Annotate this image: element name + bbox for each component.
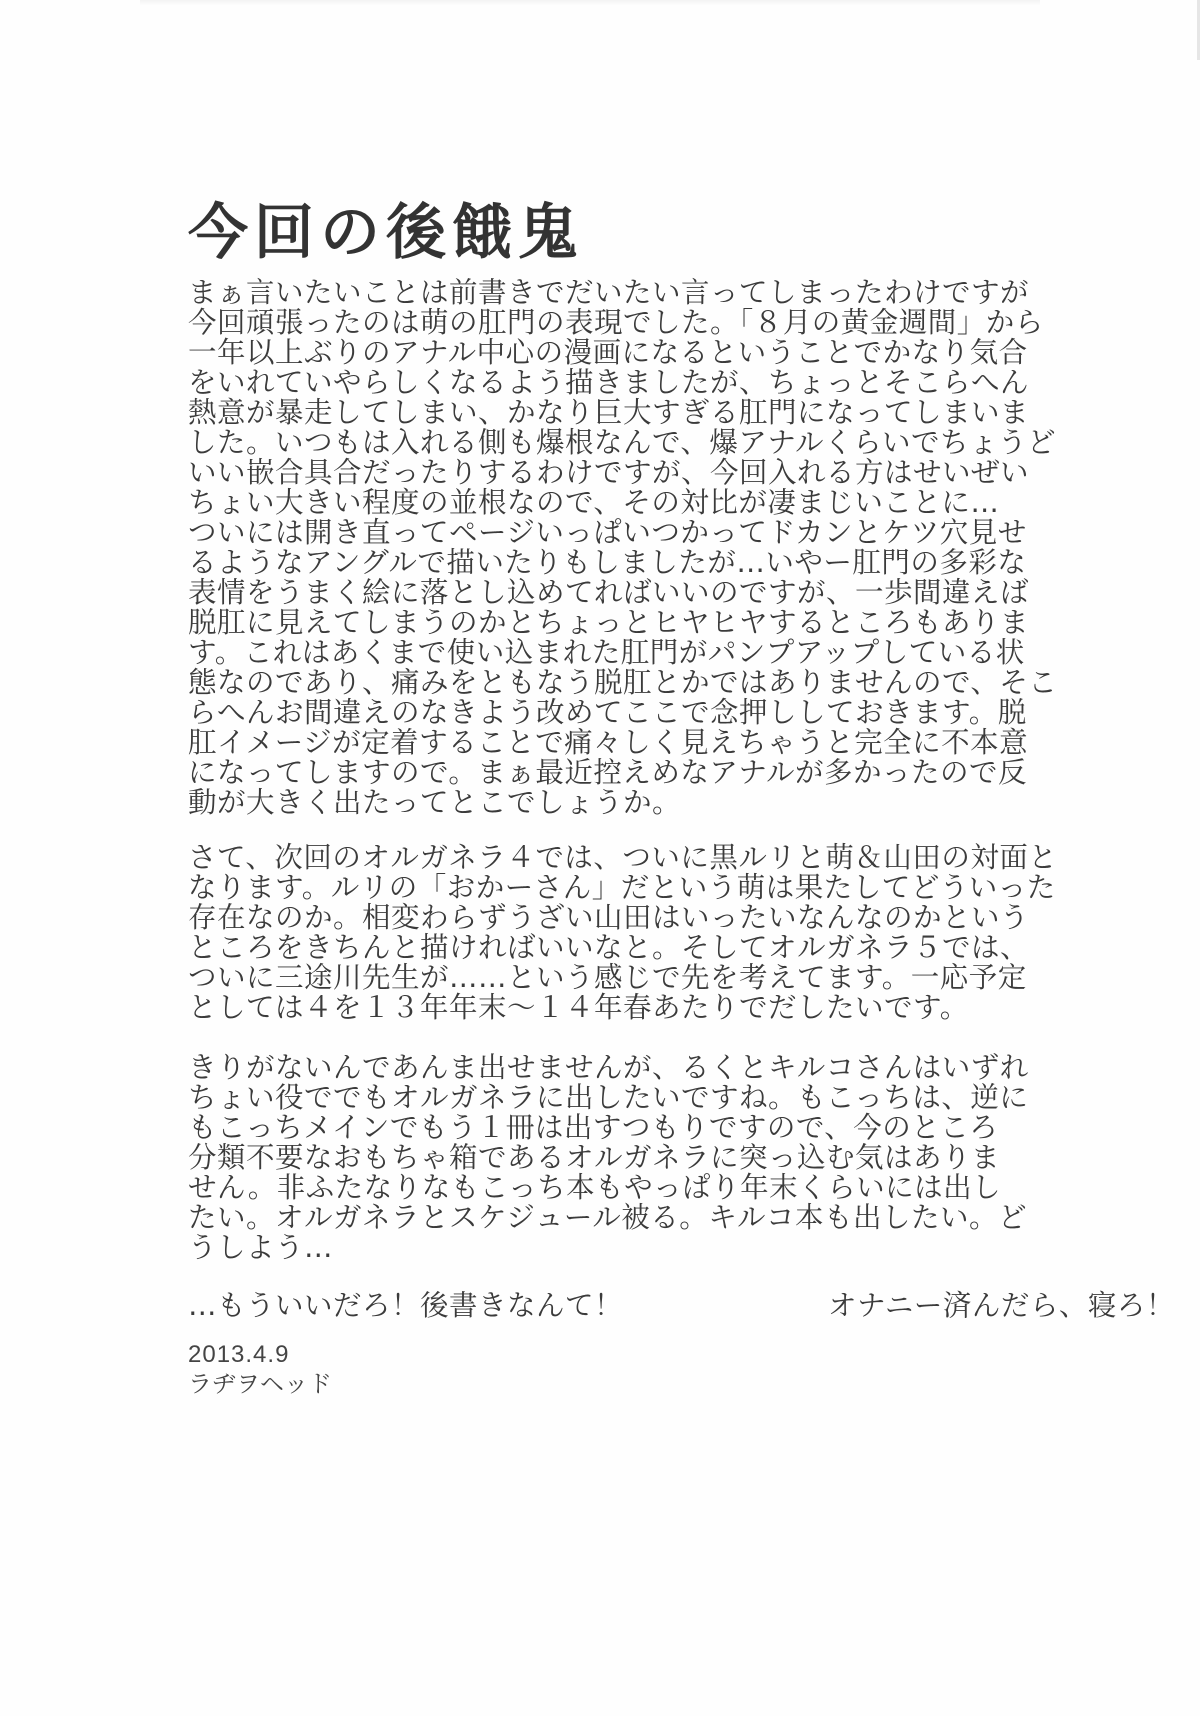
page-title: 今回の後餓鬼 [188, 198, 584, 268]
text-line: らへんお間違えのなきよう改めてここで念押ししておきます。脱 [188, 698, 1068, 728]
text-line: 動が大きく出たってとこでしょうか。 [188, 788, 1068, 818]
text-line: たい。オルガネラとスケジュール被る。キルコ本も出したい。ど [188, 1203, 1068, 1233]
text-line: いい嵌合具合だったりするわけですが、今回入れる方はせいぜい [188, 458, 1068, 488]
text-line: す。これはあくまで使い込まれた肛門がパンプアップしている状 [188, 638, 1068, 668]
text-line: まぁ言いたいことは前書きでだいたい言ってしまったわけですが [188, 278, 1068, 308]
text-line: をいれていやらしくなるよう描きましたが、ちょっとそこらへん [188, 368, 1068, 398]
text-line: なります。ルリの「おかーさん」だという萌は果たしてどういった [188, 873, 1068, 903]
text-line: きりがないんであんま出せませんが、るくとキルコさんはいずれ [188, 1053, 1068, 1083]
text-line: ところをきちんと描ければいいなと。そしてオルガネラ５では、 [188, 933, 1068, 963]
text-line: 態なのであり、痛みをともなう脱肛とかではありませんので、そこ [188, 668, 1068, 698]
paragraph-2: さて、次回のオルガネラ４では、ついに黒ルリと萌＆山田の対面と なります。ルリの「… [188, 843, 1068, 1023]
text-line: 今回頑張ったのは萌の肛門の表現でした。「８月の黄金週間」から [188, 308, 1068, 338]
text-line: ちょい役ででもオルガネラに出したいですね。もこっちは、逆に [188, 1083, 1068, 1113]
text-line: 熱意が暴走してしまい、かなり巨大すぎる肛門になってしまいま [188, 398, 1068, 428]
paragraph-1: まぁ言いたいことは前書きでだいたい言ってしまったわけですが 今回頑張ったのは萌の… [188, 278, 1068, 818]
text-line: 分類不要なおもちゃ箱であるオルガネラに突っ込む気はありま [188, 1143, 1068, 1173]
text-line: になってしますので。まぁ最近控えめなアナルが多かったので反 [188, 758, 1068, 788]
text-line: さて、次回のオルガネラ４では、ついに黒ルリと萌＆山田の対面と [188, 843, 1068, 873]
text-line: うしよう… [188, 1233, 1068, 1263]
text-line: ちょい大きい程度の並根なので、その対比が凄まじいことに… [188, 488, 1068, 518]
scan-edge-top [140, 0, 1040, 6]
text-line: 肛イメージが定着することで痛々しく見えちゃうと完全に不本意 [188, 728, 1068, 758]
text-line: 表情をうまく絵に落とし込めてればいいのですが、一歩間違えば [188, 578, 1068, 608]
text-line: 脱肛に見えてしまうのかとちょっとヒヤヒヤするところもありま [188, 608, 1068, 638]
text-line: るようなアングルで描いたりもしましたが…いやー肛門の多彩な [188, 548, 1068, 578]
afterword-page: 今回の後餓鬼 まぁ言いたいことは前書きでだいたい言ってしまったわけですが 今回頑… [0, 0, 1200, 1716]
text-line: 一年以上ぶりのアナル中心の漫画になるということでかなり気合 [188, 338, 1068, 368]
signature-date: 2013.4.9 [188, 1340, 332, 1370]
closing-text-2: オナニー済んだら、寝ろ！ [828, 1291, 1175, 1321]
text-line: ついに三途川先生が……という感じで先を考えてます。一応予定 [188, 963, 1068, 993]
signature: 2013.4.9 ラヂヲヘッド [188, 1340, 332, 1400]
closing-line: …もういいだろ！後書きなんて！ オナニー済んだら、寝ろ！ [188, 1291, 1068, 1321]
text-line: ついには開き直ってページいっぱいつかってドカンとケツ穴見せ [188, 518, 1068, 548]
text-line: した。いつもは入れる側も爆根なんで、爆アナルくらいでちょうど [188, 428, 1068, 458]
text-line: 存在なのか。相変わらずうざい山田はいったいなんなのかという [188, 903, 1068, 933]
text-line: としては４を１３年年末～１４年春あたりでだしたいです。 [188, 993, 1068, 1023]
text-line: もこっちメインでもう１冊は出すつもりですので、今のところ [188, 1113, 1068, 1143]
paragraph-3: きりがないんであんま出せませんが、るくとキルコさんはいずれ ちょい役ででもオルガ… [188, 1053, 1068, 1263]
signature-author: ラヂヲヘッド [188, 1370, 332, 1400]
text-line: せん。非ふたなりなもこっち本もやっぱり年末くらいには出し [188, 1173, 1068, 1203]
